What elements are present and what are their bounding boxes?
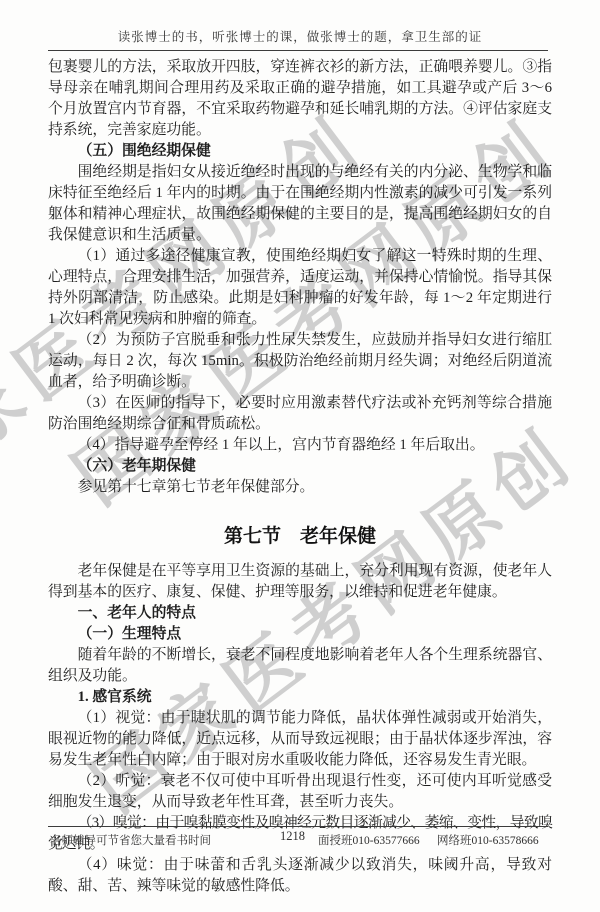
heading: （六）老年期保健 (48, 456, 552, 477)
footer-phone-online-class: 网络班010-63578666 (437, 832, 539, 848)
heading: 一、老年人的特点 (48, 603, 552, 624)
heading: 1. 感官系统 (48, 687, 552, 708)
paragraph: （3）在医师的指导下，必要时应用激素替代疗法或补充钙剂等综合措施防治围绝经期综合… (48, 393, 552, 435)
paragraph: 老年保健是在平等享用卫生资源的基础上，充分利用现有资源，使老年人得到基本的医疗、… (48, 561, 552, 603)
page-number: 1218 (280, 829, 305, 844)
paragraph: （4）味觉：由于味蕾和舌乳头逐渐减少以致消失，味阈升高，导致对酸、甜、苦、辣等味… (48, 855, 552, 897)
header-slogan: 读张博士的书，听张博士的课，做张博士的题，拿卫生部的证 (0, 27, 600, 45)
footer-phone-onsite-class: 面授班010-63577666 (318, 832, 420, 848)
header-divider (48, 50, 548, 51)
footer-divider (48, 826, 548, 827)
paragraph: （1）视觉：由于睫状肌的调节能力降低，晶状体弹性减弱或开始消失，眼视近物的能力降… (48, 708, 552, 771)
heading: （一）生理特点 (48, 624, 552, 645)
paragraph: 参见第十七章第七节老年保健部分。 (48, 477, 552, 498)
paragraph: （1）通过多途径健康宣教，使围绝经期妇女了解这一特殊时期的生理、心理特点，合理安… (48, 246, 552, 330)
paragraph: 围绝经期是指妇女从接近绝经时出现的与绝经有关的内分泌、生物学和临床特征至绝经后 … (48, 162, 552, 246)
section-title: 第七节 老年保健 (48, 523, 552, 550)
footer-slogan: 名师辅导可节省您大量看书时间 (50, 832, 211, 848)
paragraph: （2）听觉：衰老不仅可使中耳听骨出现退行性变，还可使内耳听觉感受细胞发生退变，从… (48, 771, 552, 813)
scanned-book-page: 国家医考网原创 国家医考网原创 国家医考网原创 读张博士的书，听张博士的课，做张… (0, 0, 600, 912)
heading: （五）围绝经期保健 (48, 141, 552, 162)
paragraph: （2）为预防子宫脱垂和张力性尿失禁发生，应鼓励并指导妇女进行缩肛运动，每日 2 … (48, 330, 552, 393)
paragraph: （4）指导避孕至停经 1 年以上，宫内节育器绝经 1 年后取出。 (48, 435, 552, 456)
paragraph: 随着年龄的不断增长，衰老不同程度地影响着老年人各个生理系统器官、组织及功能。 (48, 645, 552, 687)
content-column: 包裹婴儿的方法，采取放开四肢，穿连裤衣衫的新方法，正确喂养婴儿。③指导母亲在哺乳… (48, 57, 552, 897)
paragraph: 包裹婴儿的方法，采取放开四肢，穿连裤衣衫的新方法，正确喂养婴儿。③指导母亲在哺乳… (48, 57, 552, 141)
